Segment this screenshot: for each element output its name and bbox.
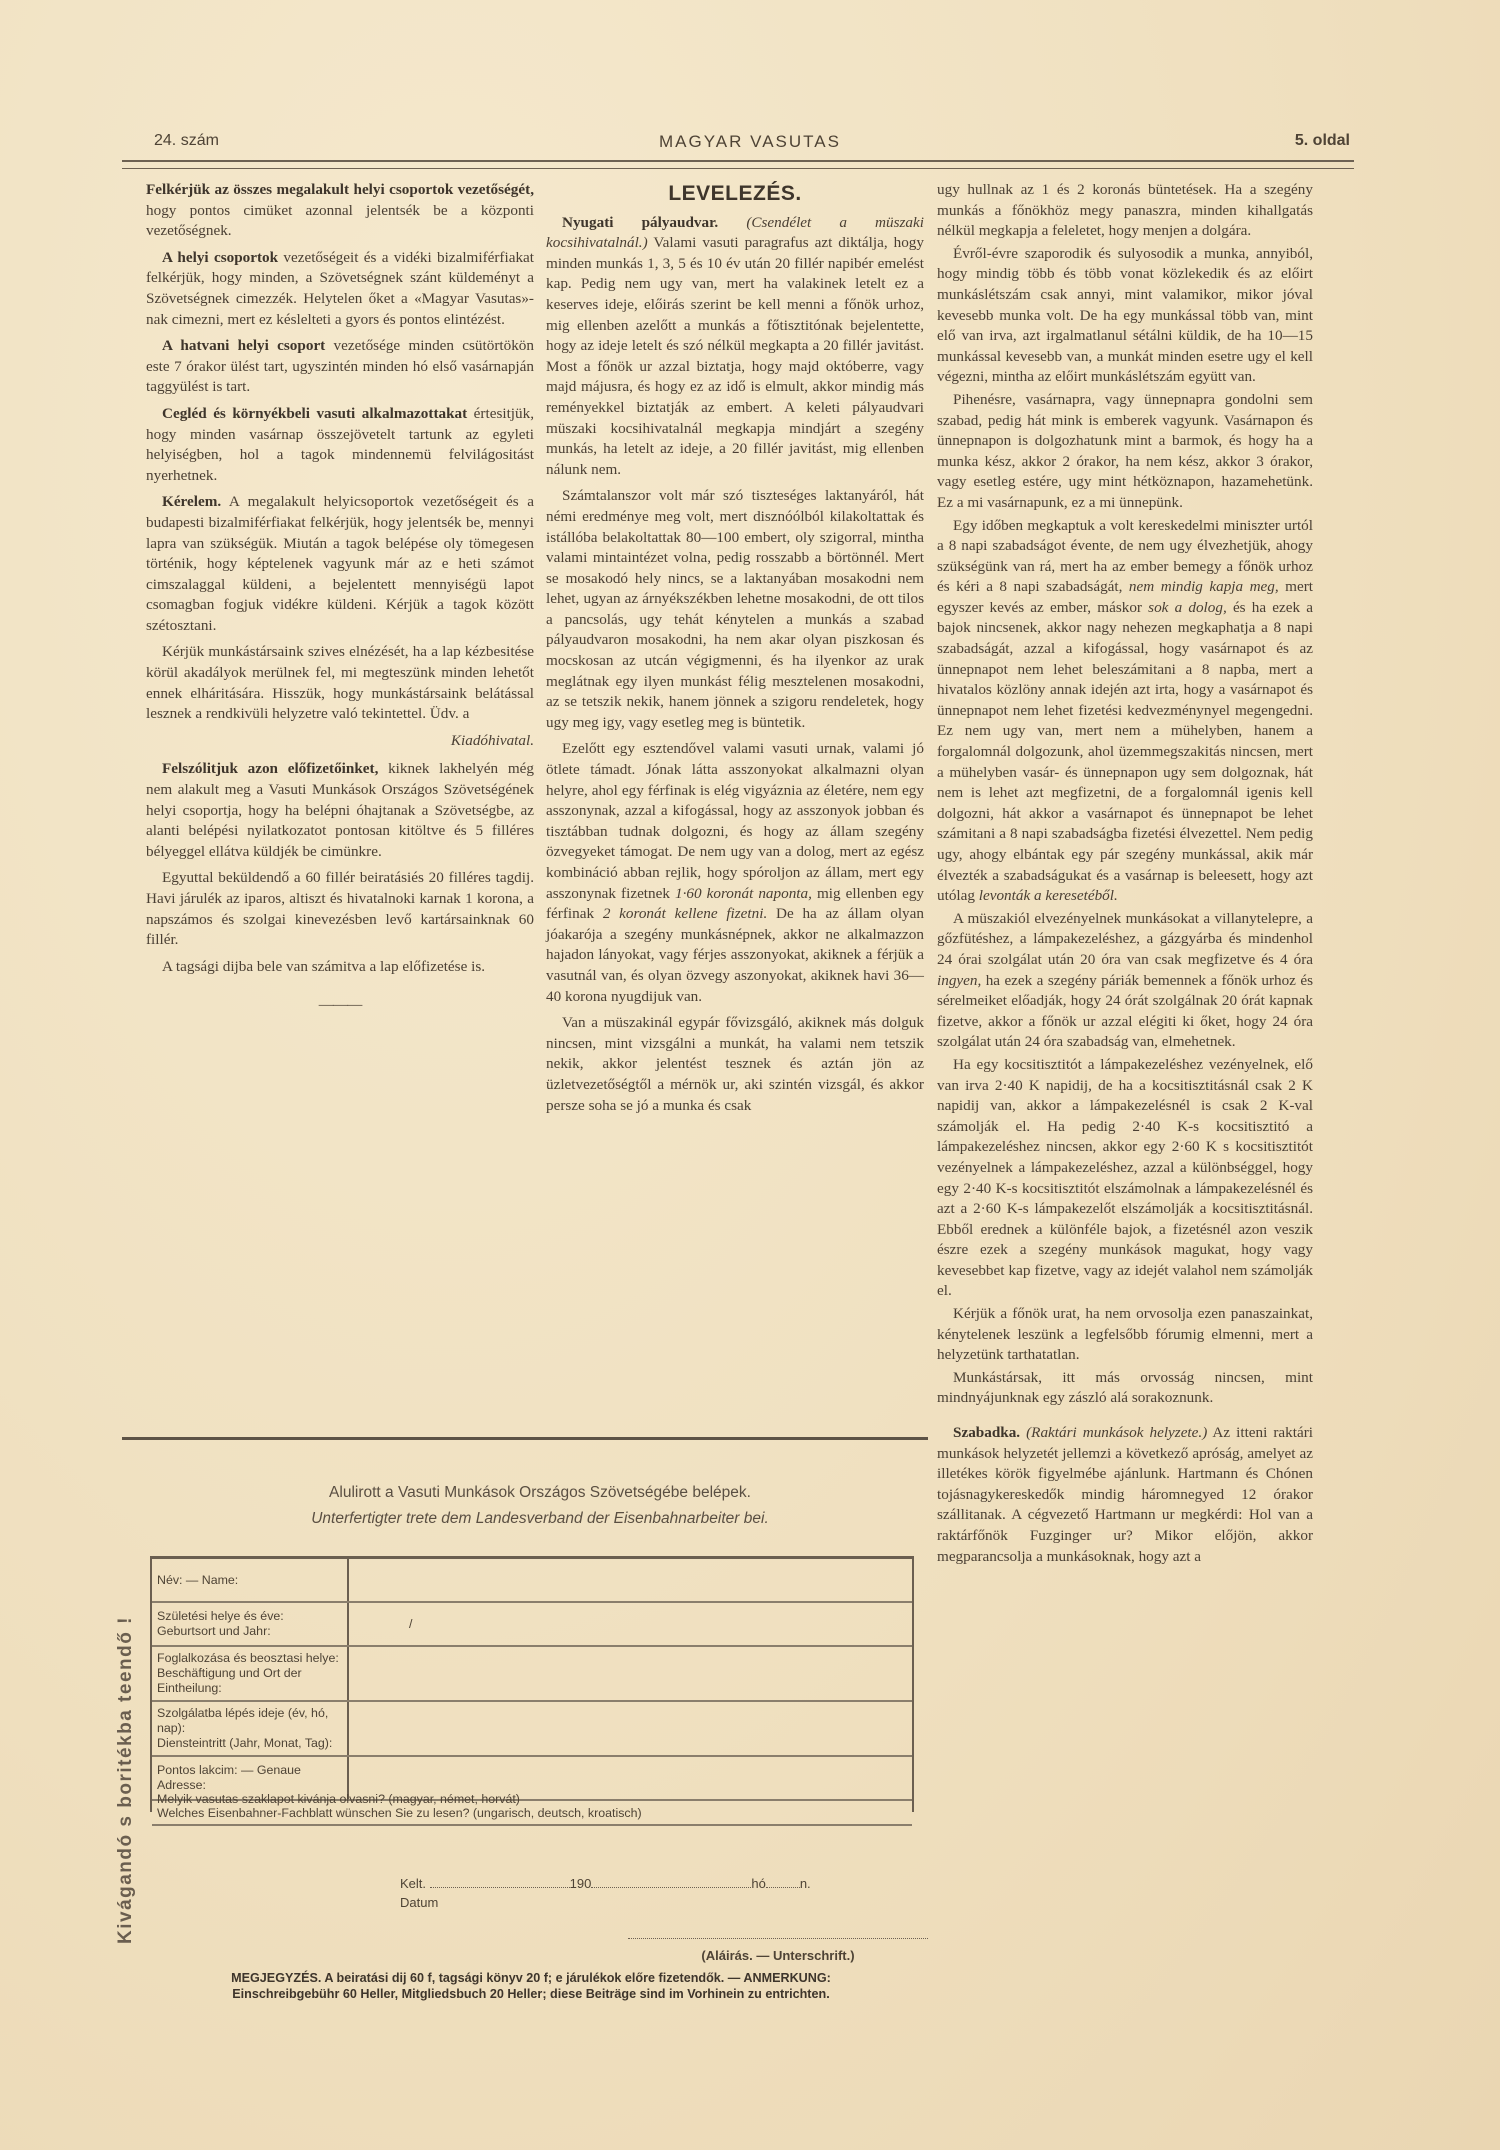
label-hu: Foglalkozása és beosztasi helye: <box>157 1651 342 1666</box>
article-subtitle: (Raktári munkások helyzete.) <box>1020 1424 1207 1441</box>
article-paragraph: Egy időben megkaptuk a volt kereskedelmi… <box>937 516 1313 907</box>
header-rule <box>122 160 1354 169</box>
birth-field[interactable]: / <box>348 1602 912 1646</box>
place-field[interactable] <box>430 1875 570 1888</box>
article-heading: Szabadka. <box>953 1424 1020 1441</box>
field-label: Szolgálatba lépés ideje (év, hó, nap):Di… <box>152 1701 348 1756</box>
label-hu: Név: — Name: <box>157 1573 342 1588</box>
publisher-signature: Kiadóhivatal. <box>146 731 534 752</box>
article-heading: Nyugati pályaudvar. <box>562 214 718 231</box>
article-text: Valami vasuti paragrafus azt diktálja, h… <box>546 234 924 478</box>
label-de: Geburtsort und Jahr: <box>157 1624 342 1639</box>
article-paragraph: Ezelőtt egy esztendővel valami vasuti ur… <box>546 739 924 1007</box>
form-intro: Alulirott a Vasuti Munkások Országos Szö… <box>160 1480 920 1532</box>
datum-label: Datum <box>400 1893 811 1912</box>
footnote-de: Einschreibgebühr 60 Heller, Mitgliedsbuc… <box>136 1986 926 2002</box>
cut-out-instruction: Kivágandó s boritékba teendő ! <box>115 1616 137 1944</box>
field-label: Születési helye és éve:Geburtsort und Ja… <box>152 1602 348 1646</box>
field-label: Foglalkozása és beosztasi helye:Beschäft… <box>152 1646 348 1701</box>
emphasis: 2 koronát kellene fizetni. <box>603 905 767 922</box>
notice-paragraph: Felszólitjuk azon előfizetőinket, kiknek… <box>146 759 534 862</box>
article-paragraph: Munkástársak, itt más orvosság nincsen, … <box>937 1368 1313 1409</box>
notice-text: hogy pontos cimüket azonnal jelentsék be… <box>146 202 534 240</box>
notice-paragraph: Kérjük munkástársaink szives elnézését, … <box>146 642 534 724</box>
label-de: Beschäftigung und Ort der Eintheilung: <box>157 1666 342 1696</box>
page-number: 5. oldal <box>1295 132 1350 150</box>
form-fields-table: Név: — Name: Születési helye és éve:Gebu… <box>152 1559 912 1801</box>
article-paragraph: Számtalanszor volt már szó tiszteséges l… <box>546 486 924 733</box>
article-text: ha ezek a szegény páriák bemennek a főnö… <box>937 972 1313 1051</box>
form-intro-hungarian: Alulirott a Vasuti Munkások Országos Szö… <box>160 1480 920 1506</box>
emphasis: 1·60 koronát naponta, <box>675 885 812 902</box>
kelt-label: Kelt. <box>400 1876 426 1891</box>
form-box-bottom <box>150 1772 914 1812</box>
notice-heading: Cegléd és környékbeli vasuti alkalmazott… <box>162 405 467 422</box>
emphasis: sok a dolog, <box>1148 599 1227 616</box>
article-paragraph: A müszakiól elvezényelnek munkásokat a v… <box>937 909 1313 1053</box>
label-hu: Szolgálatba lépés ideje (év, hó, nap): <box>157 1706 342 1736</box>
form-separator-rule <box>122 1437 928 1440</box>
newspaper-page: 24. szám MAGYAR VASUTAS 5. oldal Felkérj… <box>0 0 1500 2150</box>
notice-paragraph: A hatvani helyi csoport vezetősége minde… <box>146 336 534 398</box>
year-prefix: 190 <box>570 1876 592 1891</box>
day-field[interactable] <box>766 1875 800 1888</box>
notice-heading: A helyi csoportok <box>162 249 278 266</box>
notice-paragraph: Felkérjük az összes megalakult helyi cso… <box>146 180 534 242</box>
month-label: hó <box>751 1876 765 1891</box>
form-row-service-start: Szolgálatba lépés ideje (év, hó, nap):Di… <box>152 1701 912 1756</box>
article-paragraph: Évről-évre szaporodik és sulyosodik a mu… <box>937 244 1313 388</box>
label-de: Diensteintritt (Jahr, Monat, Tag): <box>157 1736 342 1751</box>
notice-heading: Felkérjük az összes megalakult helyi cso… <box>146 181 534 198</box>
section-title: LEVELEZÉS. <box>546 184 924 205</box>
page-header: 24. szám MAGYAR VASUTAS 5. oldal <box>150 128 1350 158</box>
service-start-field[interactable] <box>348 1701 912 1756</box>
article-text: Ezelőtt egy esztendővel valami vasuti ur… <box>546 740 924 901</box>
notice-text: A megalakult helyicsoportok vezetőségeit… <box>146 493 534 634</box>
emphasis: levonták a keresetéből. <box>979 887 1118 904</box>
form-row-occupation: Foglalkozása és beosztasi helye:Beschäft… <box>152 1646 912 1701</box>
notice-paragraph: Egyuttal beküldendő a 60 fillér beiratás… <box>146 868 534 950</box>
article-paragraph: Van a müszakinál egypár fővizsgáló, akik… <box>546 1013 924 1116</box>
newspaper-title: MAGYAR VASUTAS <box>150 132 1350 152</box>
article-paragraph: Nyugati pályaudvar. (Csendélet a müszaki… <box>546 213 924 481</box>
article-paragraph: Szabadka. (Raktári munkások helyzete.) A… <box>937 1423 1313 1567</box>
notice-paragraph: Kérelem. A megalakult helyicsoportok vez… <box>146 492 534 636</box>
article-text: A müszakiól elvezényelnek munkásokat a v… <box>937 910 1313 968</box>
form-row-name: Név: — Name: <box>152 1559 912 1602</box>
article-paragraph: Ha egy kocsitisztitót a lámpakezeléshez … <box>937 1055 1313 1302</box>
name-field[interactable] <box>348 1559 912 1602</box>
footnote-hu: MEGJEGYZÉS. A beiratási dij 60 f, tagság… <box>136 1970 926 1986</box>
article-paragraph: Pihenésre, vasárnapra, vagy ünnepnapra g… <box>937 390 1313 514</box>
notice-heading: Felszólitjuk azon előfizetőinket, <box>162 760 378 777</box>
article-text: és ha ezek a bajok nincsenek, akkor nagy… <box>937 599 1313 904</box>
signature-label: (Aláirás. — Unterschrift.) <box>628 1948 928 1963</box>
field-label: Név: — Name: <box>152 1559 348 1602</box>
article-paragraph: Kérjük a főnök urat, ha nem orvosolja ez… <box>937 1304 1313 1366</box>
column-announcements: Felkérjük az összes megalakult helyi cso… <box>146 180 534 1034</box>
notice-paragraph: Cegléd és környékbeli vasuti alkalmazott… <box>146 404 534 486</box>
membership-form: Név: — Name: Születési helye és éve:Gebu… <box>150 1556 914 1774</box>
form-row-birth: Születési helye és éve:Geburtsort und Ja… <box>152 1602 912 1646</box>
emphasis: nem mindig kapja meg, <box>1129 578 1279 595</box>
notice-paragraph: A tagsági dijba bele van számitva a lap … <box>146 957 534 978</box>
notice-paragraph: A helyi csoportok vezetőségeit és a vidé… <box>146 248 534 330</box>
notice-heading: Kérelem. <box>162 493 221 510</box>
emphasis: ingyen, <box>937 972 981 989</box>
article-paragraph: ugy hullnak az 1 és 2 koronás büntetések… <box>937 180 1313 242</box>
section-separator: ——— <box>146 995 534 1016</box>
signature-field[interactable] <box>628 1938 928 1939</box>
notice-heading: A hatvani helyi csoport <box>162 337 325 354</box>
day-suffix: n. <box>800 1876 811 1891</box>
form-intro-german: Unterfertigter trete dem Landesverband d… <box>160 1506 920 1532</box>
year-month-field[interactable] <box>591 1875 751 1888</box>
form-footnote: MEGJEGYZÉS. A beiratási dij 60 f, tagság… <box>136 1970 926 2002</box>
label-hu: Születési helye és éve: <box>157 1609 342 1624</box>
article-text: Az itteni raktári munkások helyzetét jel… <box>937 1424 1313 1565</box>
column-correspondence-continued: ugy hullnak az 1 és 2 koronás büntetések… <box>937 180 1313 1569</box>
occupation-field[interactable] <box>348 1646 912 1701</box>
date-line: Kelt. 190hón. Datum <box>400 1874 811 1912</box>
column-correspondence: LEVELEZÉS. Nyugati pályaudvar. (Csendéle… <box>546 178 924 1122</box>
